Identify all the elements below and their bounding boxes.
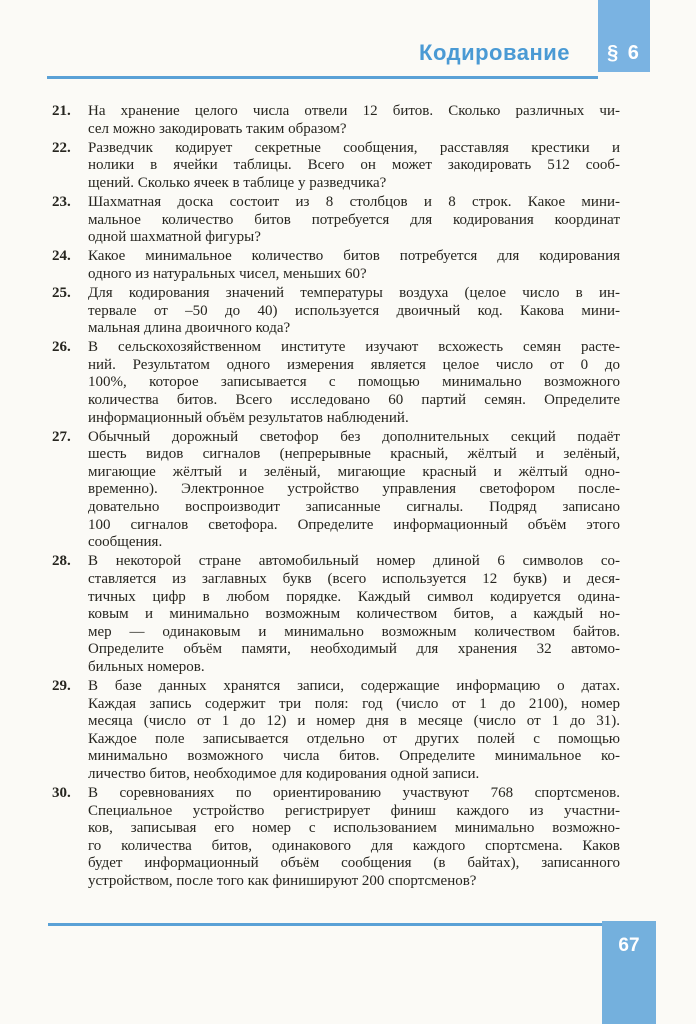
problem-text: Для кодирования значений температуры воз… [88, 285, 620, 338]
problem-text: Обычный дорожный светофор без дополнител… [88, 429, 620, 552]
problem-item-24: 24.Какое минимальное количество битов по… [52, 248, 620, 283]
problem-item-28: 28.В некоторой стране автомобильный номе… [52, 553, 620, 676]
problem-text-line: 100%, которое записывается с помощью мин… [88, 374, 620, 392]
problem-text-line: сел можно закодировать таким образом? [88, 121, 620, 139]
problem-text-line: шесть видов сигналов (непрерывные красны… [88, 446, 620, 464]
problem-text-line: информационный объём результатов наблюде… [88, 410, 620, 428]
section-badge-label: § 6 [607, 42, 641, 65]
problem-item-21: 21.На хранение целого числа отвели 12 би… [52, 103, 620, 138]
problem-number: 30. [52, 785, 71, 803]
problem-number: 27. [52, 429, 71, 447]
problem-text-line: В соревнованиях по ориентированию участв… [88, 785, 620, 803]
problem-text-line: одной шахматной фигуры? [88, 229, 620, 247]
problem-text: На хранение целого числа отвели 12 битов… [88, 103, 620, 138]
problem-text-line: временно). Электронное устройство управл… [88, 481, 620, 499]
problem-text-line: мигающие жёлтый и зелёный, мигающие крас… [88, 464, 620, 482]
problem-number: 21. [52, 103, 71, 121]
problem-item-22: 22.Разведчик кодирует секретные сообщени… [52, 140, 620, 193]
problem-text-line: одного из натуральных чисел, меньших 60? [88, 266, 620, 284]
problem-text-line: Какое минимальное количество битов потре… [88, 248, 620, 266]
problem-text-line: Каждая запись содержит три поля: год (чи… [88, 696, 620, 714]
problem-text: Разведчик кодирует секретные сообщения, … [88, 140, 620, 193]
problem-item-29: 29.В базе данных хранятся записи, содерж… [52, 678, 620, 784]
problem-text-line: На хранение целого числа отвели 12 битов… [88, 103, 620, 121]
problem-text-line: Для кодирования значений температуры воз… [88, 285, 620, 303]
problem-number: 23. [52, 194, 71, 212]
problem-item-30: 30.В соревнованиях по ориентированию уча… [52, 785, 620, 891]
problem-number: 26. [52, 339, 71, 357]
problem-item-25: 25.Для кодирования значений температуры … [52, 285, 620, 338]
header-divider [47, 76, 598, 79]
problem-text-line: Шахматная доска состоит из 8 столбцов и … [88, 194, 620, 212]
page-number-badge: 67 [602, 921, 656, 1024]
problem-text: В соревнованиях по ориентированию участв… [88, 785, 620, 891]
page-title: Кодирование [0, 41, 570, 65]
problem-text-line: мальная длина двоичного кода? [88, 320, 620, 338]
problem-text-line: мальное количество битов потребуется для… [88, 212, 620, 230]
problem-number: 25. [52, 285, 71, 303]
problem-text-line: Обычный дорожный светофор без дополнител… [88, 429, 620, 447]
problems-list: 21.На хранение целого числа отвели 12 би… [52, 103, 620, 891]
section-badge: § 6 [598, 0, 650, 72]
problem-text-line: нолики в ячейки таблицы. Всего он может … [88, 157, 620, 175]
problem-text: В некоторой стране автомобильный номер д… [88, 553, 620, 676]
problem-text-line: месяца (число от 1 до 12) и номер дня в … [88, 713, 620, 731]
problem-text-line: В базе данных хранятся записи, содержащи… [88, 678, 620, 696]
problem-text-line: Специальное устройство регистрирует фини… [88, 803, 620, 821]
problem-text-line: количества битов. Всего исследовано 60 п… [88, 392, 620, 410]
problem-item-27: 27.Обычный дорожный светофор без дополни… [52, 429, 620, 552]
problem-text-line: мер — одинаковым и минимально возможным … [88, 624, 620, 642]
problem-text-line: Каждое поле записывается отдельно от дру… [88, 731, 620, 749]
problem-text-line: ний. Результатом одного измерения являет… [88, 357, 620, 375]
problem-item-26: 26.В сельскохозяйственном институте изуч… [52, 339, 620, 427]
problem-text-line: личество битов, необходимое для кодирова… [88, 766, 620, 784]
problem-text-line: устройством, после того как финишируют 2… [88, 873, 620, 891]
problem-text-line: В сельскохозяйственном институте изучают… [88, 339, 620, 357]
problem-text-line: ковым и минимально возможным количеством… [88, 606, 620, 624]
problem-text-line: щений. Сколько ячеек в таблице у разведч… [88, 175, 620, 193]
problem-number: 22. [52, 140, 71, 158]
problem-text-line: 100 сигналов светофора. Определите инфор… [88, 517, 620, 535]
problem-text-line: ков, записывая его номер с использование… [88, 820, 620, 838]
problem-text: В базе данных хранятся записи, содержащи… [88, 678, 620, 784]
problem-text-line: ставляется из заглавных букв (всего испо… [88, 571, 620, 589]
footer-divider [48, 923, 602, 926]
problem-text-line: сообщения. [88, 534, 620, 552]
problem-text-line: тичных цифр в любом порядке. Каждый симв… [88, 589, 620, 607]
problem-text-line: В некоторой стране автомобильный номер д… [88, 553, 620, 571]
problem-number: 24. [52, 248, 71, 266]
problem-number: 29. [52, 678, 71, 696]
problem-text-line: будет информационный объём сообщения (в … [88, 855, 620, 873]
problem-text: Какое минимальное количество битов потре… [88, 248, 620, 283]
problem-item-23: 23.Шахматная доска состоит из 8 столбцов… [52, 194, 620, 247]
problem-text-line: тервале от –50 до 40) используется двоич… [88, 303, 620, 321]
problem-text: В сельскохозяйственном институте изучают… [88, 339, 620, 427]
page-number: 67 [618, 935, 639, 956]
problem-text-line: Определите объём памяти, необходимый для… [88, 641, 620, 659]
problem-text-line: Разведчик кодирует секретные сообщения, … [88, 140, 620, 158]
problem-text: Шахматная доска состоит из 8 столбцов и … [88, 194, 620, 247]
problem-text-line: довательно воспроизводит записанные сигн… [88, 499, 620, 517]
problem-text-line: минимально возможного числа битов. Опред… [88, 748, 620, 766]
problem-text-line: бильных номеров. [88, 659, 620, 677]
problem-text-line: го количества битов, одинакового для каж… [88, 838, 620, 856]
problem-number: 28. [52, 553, 71, 571]
